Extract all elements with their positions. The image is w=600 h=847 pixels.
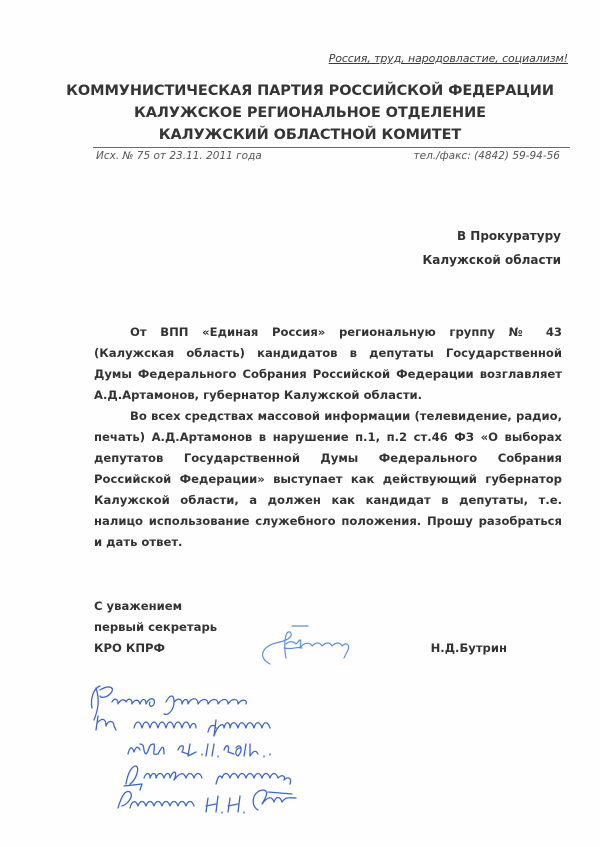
closing-organization: КРО КПРФ — [94, 638, 217, 659]
handwritten-ink-icon — [70, 680, 360, 830]
header-regional-branch: КАЛУЖСКОЕ РЕГИОНАЛЬНОЕ ОТДЕЛЕНИЕ — [60, 102, 560, 124]
body-paragraph-1: От ВПП «Единая Россия» региональную груп… — [94, 322, 562, 406]
party-slogan: Россия, труд, народовластие, социализм! — [329, 52, 568, 65]
header-committee: КАЛУЖСКИЙ ОБЛАСТНОЙ КОМИТЕТ — [60, 124, 560, 146]
closing-regards: С уважением — [94, 596, 217, 617]
organization-header: КОММУНИСТИЧЕСКАЯ ПАРТИЯ РОССИЙСКОЙ ФЕДЕР… — [60, 80, 560, 146]
phone-fax: тел./факс: (4842) 59-94-56 — [414, 150, 560, 162]
letter-body: От ВПП «Единая Россия» региональную груп… — [94, 322, 562, 553]
handwritten-receipt-note: Принято заявление на личном приеме №524 … — [70, 680, 360, 830]
closing-title: первый секретарь — [94, 617, 217, 638]
addressee-block: В Прокуратуру Калужской области — [422, 224, 561, 272]
signer-name: Н.Д.Бутрин — [431, 638, 507, 659]
outgoing-reference: Исх. № 75 от 23.11. 2011 года — [96, 150, 262, 162]
document-page: Россия, труд, народовластие, социализм! … — [0, 0, 600, 847]
addressee-line-1: В Прокуратуру — [422, 224, 561, 248]
body-paragraph-2: Во всех средствах массовой информации (т… — [94, 406, 562, 553]
handwritten-signature-icon — [250, 618, 380, 668]
header-divider — [93, 147, 570, 148]
addressee-line-2: Калужской области — [422, 248, 561, 272]
header-party-name: КОММУНИСТИЧЕСКАЯ ПАРТИЯ РОССИЙСКОЙ ФЕДЕР… — [60, 80, 560, 102]
closing-block: С уважением первый секретарь КРО КПРФ — [94, 596, 217, 659]
